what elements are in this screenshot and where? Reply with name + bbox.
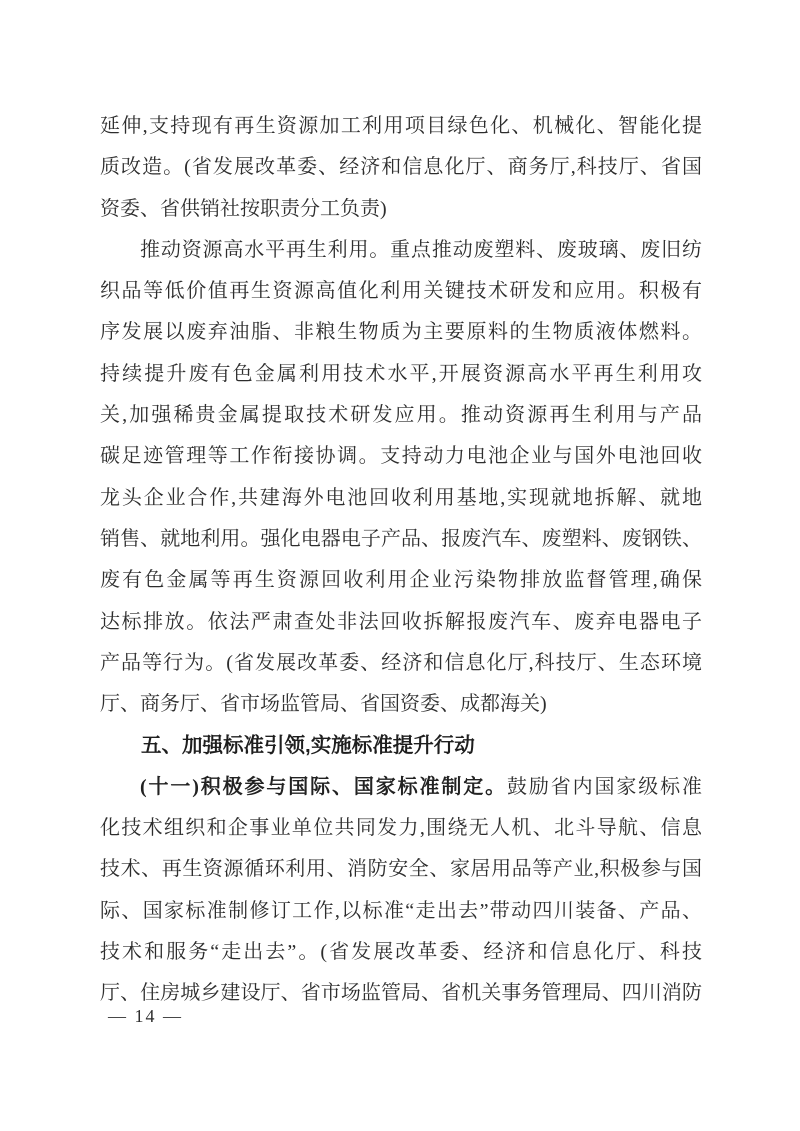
section-heading: 五、加强标准引领,实施标准提升行动: [100, 725, 702, 766]
document-line: 关,加强稀贵金属提取技术研发应用。推动资源再生利用与产品: [100, 395, 702, 436]
document-line: 持续提升废有色金属利用技术水平,开展资源高水平再生利用攻: [100, 354, 702, 395]
document-line: 资委、省供销社按职责分工负责): [100, 189, 702, 230]
document-line: 质改造。(省发展改革委、经济和信息化厅、商务厅,科技厅、省国: [100, 147, 702, 188]
paragraph-lead: (十一)积极参与国际、国家标准制定。: [140, 776, 507, 798]
document-line: 化技术组织和企事业单位共同发力,围绕无人机、北斗导航、信息: [100, 808, 702, 849]
document-line: 技术、再生资源循环利用、消防安全、家居用品等产业,积极参与国: [100, 849, 702, 890]
document-line: 产品等行为。(省发展改革委、经济和信息化厅,科技厅、生态环境: [100, 643, 702, 684]
document-line: 销售、就地利用。强化电器电子产品、报废汽车、废塑料、废钢铁、: [100, 519, 702, 560]
document-line: (十一)积极参与国际、国家标准制定。鼓励省内国家级标准: [100, 767, 702, 808]
document-line: 厅、住房城乡建设厅、省市场监管局、省机关事务管理局、四川消防: [100, 973, 702, 1014]
document-line: 厅、商务厅、省市场监管局、省国资委、成都海关): [100, 684, 702, 725]
page-number: — 14 —: [108, 1006, 183, 1027]
document-line: 推动资源高水平再生利用。重点推动废塑料、废玻璃、废旧纺: [100, 230, 702, 271]
document-line: 序发展以废弃油脂、非粮生物质为主要原料的生物质液体燃料。: [100, 312, 702, 353]
document-line: 达标排放。依法严肃查处非法回收拆解报废汽车、废弃电器电子: [100, 602, 702, 643]
document-line: 碳足迹管理等工作衔接协调。支持动力电池企业与国外电池回收: [100, 436, 702, 477]
document-line: 技术和服务“走出去”。(省发展改革委、经济和信息化厅、科技: [100, 932, 702, 973]
document-line: 龙头企业合作,共建海外电池回收利用基地,实现就地拆解、就地: [100, 478, 702, 519]
document-page: 延伸,支持现有再生资源加工利用项目绿色化、机械化、智能化提 质改造。(省发展改革…: [0, 0, 800, 1131]
document-line: 织品等低价值再生资源高值化利用关键技术研发和应用。积极有: [100, 271, 702, 312]
document-text-block: 延伸,支持现有再生资源加工利用项目绿色化、机械化、智能化提 质改造。(省发展改革…: [100, 106, 702, 1015]
document-line: 废有色金属等再生资源回收利用企业污染物排放监督管理,确保: [100, 560, 702, 601]
paragraph-continuation: 鼓励省内国家级标准: [507, 776, 702, 798]
document-line: 延伸,支持现有再生资源加工利用项目绿色化、机械化、智能化提: [100, 106, 702, 147]
document-line: 际、国家标准制修订工作,以标准“走出去”带动四川装备、产品、: [100, 891, 702, 932]
